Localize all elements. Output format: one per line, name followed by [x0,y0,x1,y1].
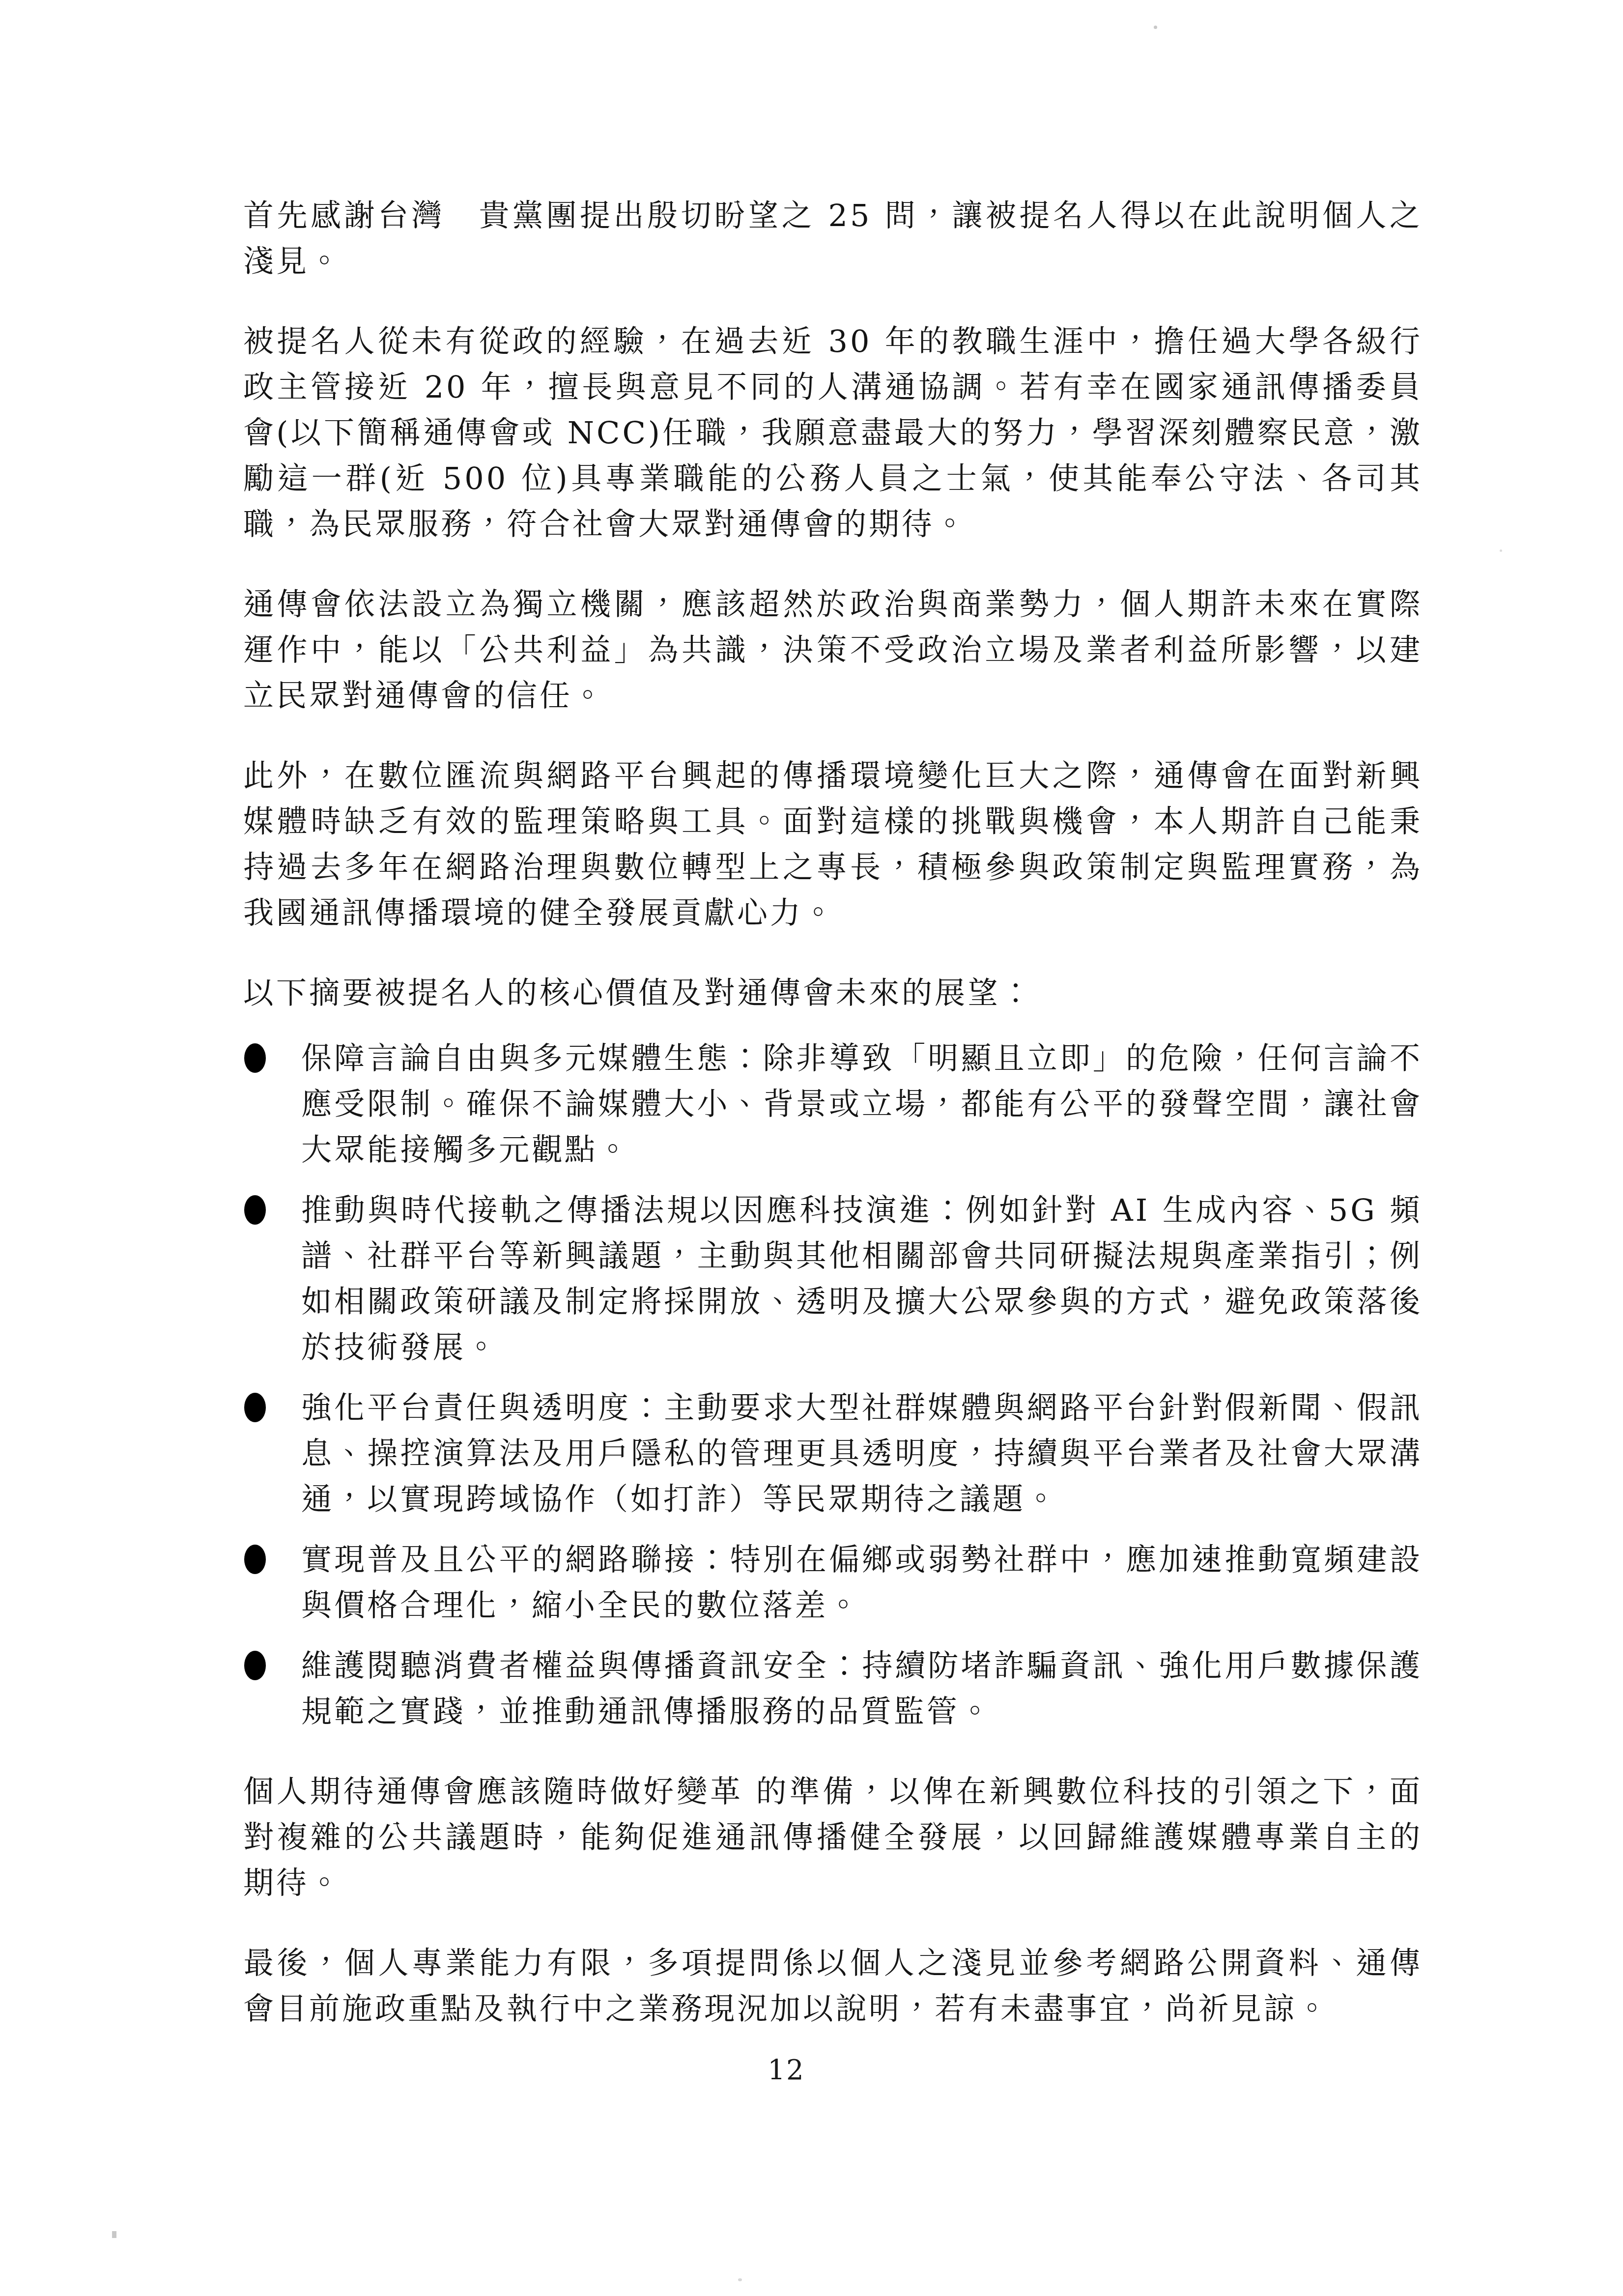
paragraph-independence: 通傳會依法設立為獨立機關，應該超然於政治與商業勢力，個人期許未來在實際運作中，能… [243,581,1423,718]
bullet-item-modern-regulation: 推動與時代接軌之傳播法規以因應科技演進：例如針對 AI 生成內容、5G 頻譜、社… [243,1187,1423,1370]
bullet-marker-icon [244,1393,266,1422]
paragraph-closing: 最後，個人專業能力有限，多項提問係以個人之淺見並參考網路公開資料、通傳會目前施政… [243,1940,1423,2032]
summary-lead: 以下摘要被提名人的核心價值及對通傳會未來的展望： [243,970,1423,1016]
bullet-marker-icon [244,1545,266,1574]
bullet-text: 實現普及且公平的網路聯接：特別在偏鄉或弱勢社群中，應加速推動寬頻建設與價格合理化… [301,1542,1423,1623]
scanned-document-page: 首先感謝台灣 貴黨團提出殷切盼望之 25 問，讓被提名人得以在此說明個人之淺見。… [0,0,1623,2296]
bullet-marker-icon [244,1043,266,1073]
bullet-text: 保障言論自由與多元媒體生態：除非導致「明顯且立即」的危險，任何言論不應受限制。確… [301,1040,1423,1168]
scan-artifact [1500,549,1502,552]
paragraph-background: 被提名人從未有從政的經驗，在過去近 30 年的教職生涯中，擔任過大學各級行政主管… [243,318,1423,547]
bullet-item-platform-accountability: 強化平台責任與透明度：主動要求大型社群媒體與網路平台針對假新聞、假訊息、操控演算… [243,1385,1423,1522]
scan-artifact [1154,26,1157,29]
bullet-text: 強化平台責任與透明度：主動要求大型社群媒體與網路平台針對假新聞、假訊息、操控演算… [301,1390,1423,1517]
bullet-marker-icon [244,1651,266,1680]
document-body: 首先感謝台灣 貴黨團提出殷切盼望之 25 問，讓被提名人得以在此說明個人之淺見。… [243,193,1423,2066]
bullet-item-free-speech: 保障言論自由與多元媒體生態：除非導致「明顯且立即」的危險，任何言論不應受限制。確… [243,1035,1423,1173]
scan-artifact [738,2278,742,2281]
bullet-text: 推動與時代接軌之傳播法規以因應科技演進：例如針對 AI 生成內容、5G 頻譜、社… [301,1192,1423,1365]
bullet-item-consumer-protection: 維護閱聽消費者權益與傳播資訊安全：持續防堵詐騙資訊、強化用戶數據保護規範之實踐，… [243,1643,1423,1734]
paragraph-reform-readiness: 個人期待通傳會應該隨時做好變革 的準備，以俾在新興數位科技的引領之下，面對複雜的… [243,1769,1423,1906]
paragraph-intro: 首先感謝台灣 貴黨團提出殷切盼望之 25 問，讓被提名人得以在此說明個人之淺見。 [243,193,1423,284]
core-values-bullet-list: 保障言論自由與多元媒體生態：除非導致「明顯且立即」的危險，任何言論不應受限制。確… [243,1035,1423,1734]
bullet-marker-icon [244,1195,266,1225]
bullet-text: 維護閱聽消費者權益與傳播資訊安全：持續防堵詐騙資訊、強化用戶數據保護規範之實踐，… [301,1648,1423,1729]
bullet-item-universal-access: 實現普及且公平的網路聯接：特別在偏鄉或弱勢社群中，應加速推動寬頻建設與價格合理化… [243,1537,1423,1628]
paragraph-digital-convergence: 此外，在數位匯流與網路平台興起的傳播環境變化巨大之際，通傳會在面對新興媒體時缺乏… [243,753,1423,936]
page-number: 12 [737,2054,835,2086]
scan-artifact [112,2231,116,2238]
